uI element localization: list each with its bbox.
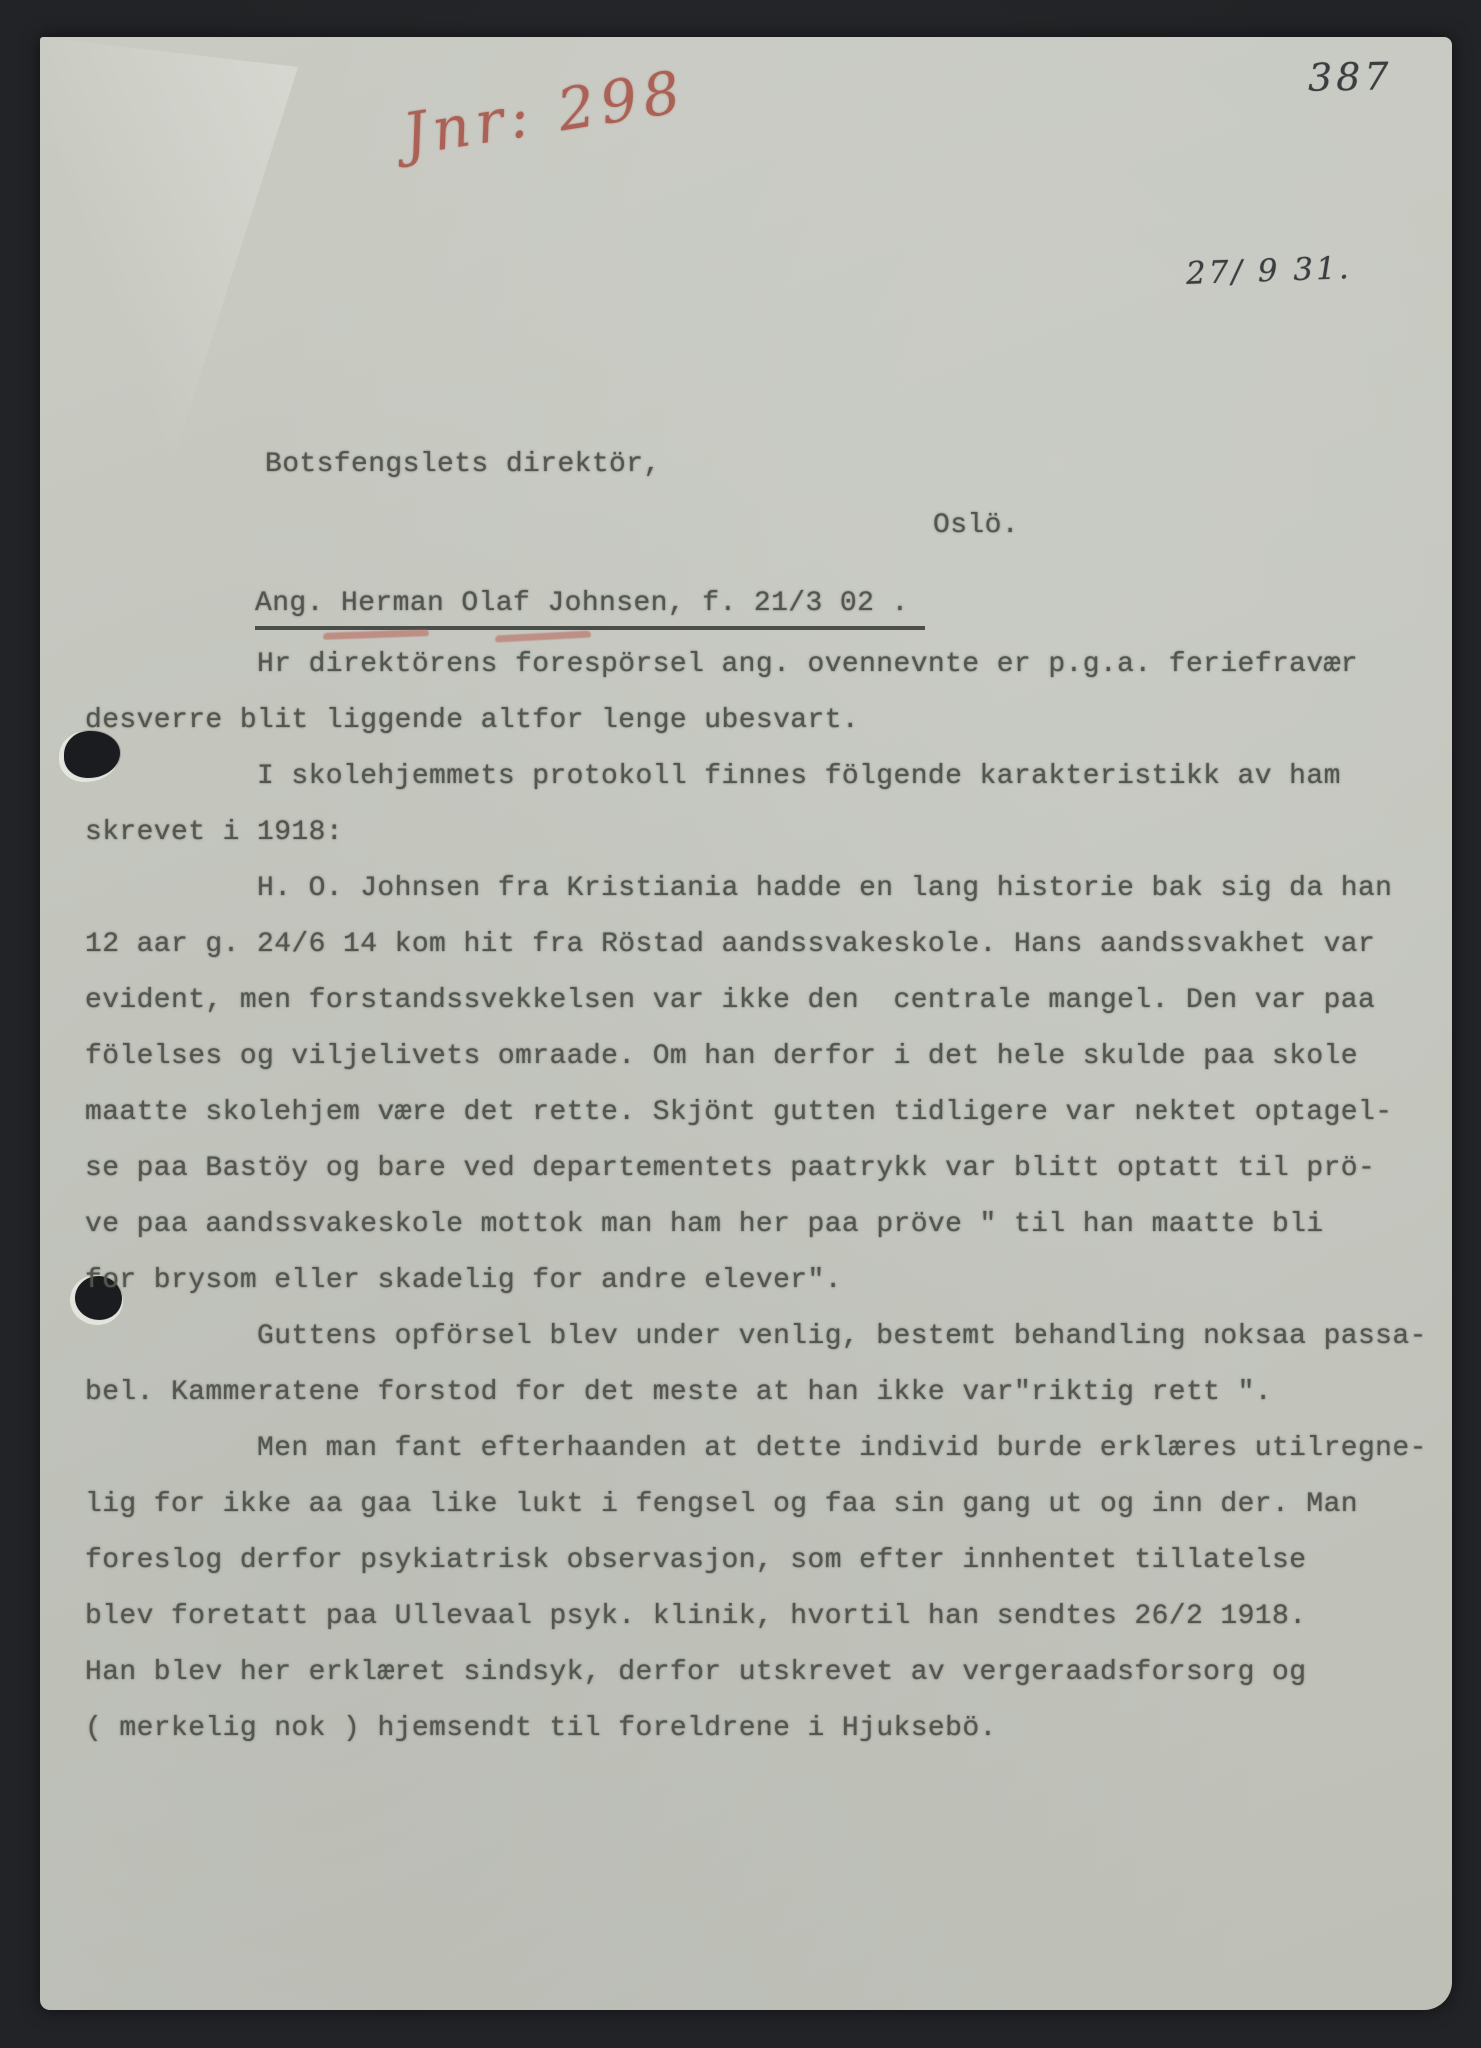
typed-line: ve paa aandssvakeskole mottok man ham he… xyxy=(85,1197,1425,1253)
typed-line: Hr direktörens forespörsel ang. ovennevn… xyxy=(85,637,1425,693)
typed-line: 12 aar g. 24/6 14 kom hit fra Röstad aan… xyxy=(85,917,1425,973)
letter-page: 387 Jnr: 298 27/ 9 31. Botsfengslets dir… xyxy=(40,37,1452,2010)
scan-background: 387 Jnr: 298 27/ 9 31. Botsfengslets dir… xyxy=(0,0,1481,2048)
typed-line: H. O. Johnsen fra Kristiania hadde en la… xyxy=(85,861,1425,917)
typed-line: evident, men forstandssvekkelsen var ikk… xyxy=(85,973,1425,1029)
recipient-city: Oslö. xyxy=(933,510,1019,541)
letter-date: 27/ 9 31. xyxy=(1185,250,1352,292)
typed-line: blev foretatt paa Ullevaal psyk. klinik,… xyxy=(85,1589,1425,1645)
typed-line: skrevet i 1918: xyxy=(85,805,1425,861)
typed-line: bel. Kammeratene forstod for det meste a… xyxy=(85,1365,1425,1421)
typed-line: se paa Bastöy og bare ved departementets… xyxy=(85,1141,1425,1197)
journal-number-annotation: Jnr: 298 xyxy=(398,57,690,169)
typed-line: I skolehjemmets protokoll finnes fölgend… xyxy=(85,749,1425,805)
typed-line: foreslog derfor psykiatrisk observasjon,… xyxy=(85,1533,1425,1589)
typed-line: Han blev her erklæret sindsyk, derfor ut… xyxy=(85,1645,1425,1701)
letter-body: Hr direktörens forespörsel ang. ovennevn… xyxy=(85,637,1425,1757)
typed-line: lig for ikke aa gaa like lukt i fengsel … xyxy=(85,1477,1425,1533)
fold-crease xyxy=(40,37,320,577)
typed-line: for brysom eller skadelig for andre elev… xyxy=(85,1253,1425,1309)
archival-page-number: 387 xyxy=(1308,54,1393,99)
recipient-line: Botsfengslets direktör, xyxy=(265,449,661,480)
typed-line: ( merkelig nok ) hjemsendt til foreldren… xyxy=(85,1701,1425,1757)
typed-line: desverre blit liggende altfor lenge ubes… xyxy=(85,693,1425,749)
typed-line: Men man fant efterhaanden at dette indiv… xyxy=(85,1421,1425,1477)
typed-line: fölelses og viljelivets omraade. Om han … xyxy=(85,1029,1425,1085)
subject-line: Ang. Herman Olaf Johnsen, f. 21/3 02 . xyxy=(255,588,925,630)
typed-line: Guttens opförsel blev under venlig, best… xyxy=(85,1309,1425,1365)
typed-line: maatte skolehjem være det rette. Skjönt … xyxy=(85,1085,1425,1141)
